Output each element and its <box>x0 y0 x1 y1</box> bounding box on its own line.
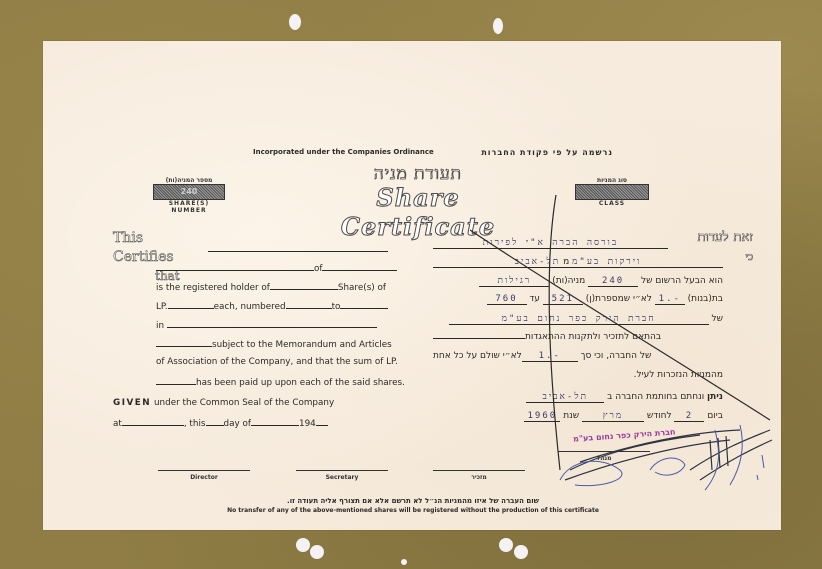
blue-signature <box>560 425 764 490</box>
handwriting-overlay <box>0 0 822 569</box>
cancellation-stroke <box>470 230 770 420</box>
vertical-pen-stroke <box>549 195 560 470</box>
